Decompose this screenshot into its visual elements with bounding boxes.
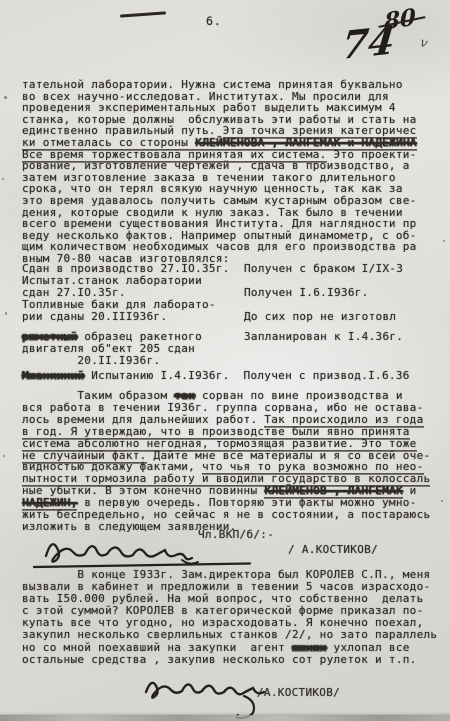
text-line: в год. Я утверждаю, что в производстве б… [22,426,430,438]
text-segment: лось времени для дальнейших работ. [22,413,264,426]
paper-speck [5,312,7,315]
table-cell-status: Получен с браком I/IX-3 [244,263,403,275]
text-segment: закупил несколько сверлильных станков /2… [22,628,437,641]
table-row: Мжанкиний Испытанию I.4.I936г. Получен с… [22,370,403,382]
kostikov-signature [32,530,262,572]
table-cell-item: 20.II.I936г. [22,355,244,367]
text-segment: Так происходило из года [264,413,423,426]
text-line: остальные средства , закупив несколько с… [22,654,437,666]
table-row: 20.II.I936г. [22,355,403,367]
text-segment: ухлопал все [327,641,410,654]
typed-name-kostikov-2: /А.КОСТИКОВ/ [257,686,340,699]
paper-speck [3,455,5,457]
text-segment: жжхжх [292,641,327,654]
table-row: рии сданы 20.III936г.До сих пор не изгот… [22,311,403,323]
page-number: 6. [206,14,222,28]
text-line: лось времени для дальнейших работ. Так п… [22,414,430,426]
paragraph-3: В конце I933г. Зам.директора был КОРОЛЕВ… [22,569,437,666]
handwritten-check-mark: v [418,35,429,51]
table-cell-status: До сих пор не изготовл [244,311,396,323]
text-segment: 20.II.I936г. [22,354,160,367]
table-cell-status: Получен I.6.I936г. [244,287,369,299]
text-segment: Мжанкиний [22,369,84,382]
text-segment: остальные средства , закупив несколько с… [22,653,417,666]
text-segment: купать все что угодно, но израсходовать.… [22,616,424,629]
scan-bottom-edge [0,715,450,721]
table-cell-item: Мжанкиний Испытанию I.4.I936г. Получен с… [22,370,244,382]
paragraph-1: тательной лаборатории. Нужна система при… [22,79,417,265]
text-segment: но со мной поехавший на закупки агент [22,641,292,654]
paper-speck [4,96,7,99]
table-cell-item: рии сданы 20.III936г. [22,311,244,323]
typed-name-kostikov: / А.КОСТИКОВ/ [288,543,378,556]
paper-speck [443,240,445,242]
paper-speck [2,178,4,180]
handwritten-number: 74 [340,17,397,68]
scanned-document-page: 6. 80 74 v тательной лаборатории. Нужна … [0,0,450,721]
text-segment: Испытанию I.4.I936г. Получен с призвод.I… [84,369,409,382]
paper-speck [441,500,443,502]
paragraph-2: Таким образом так сорван по вине произво… [22,390,430,533]
table-cell-status: Запланирован к I.4.36г. [244,331,403,343]
text-segment: с этой суммой? КОРОЛЕВ в категорической … [22,604,424,617]
text-segment: в год. Я утверждаю, что в производстве б… [22,425,410,438]
delivery-table: Сдан в производство 27.IO.35г.Получен с … [22,263,403,382]
text-segment: рии сданы 20.III936г. [22,310,167,323]
handwritten-dash-mark [120,11,166,17]
